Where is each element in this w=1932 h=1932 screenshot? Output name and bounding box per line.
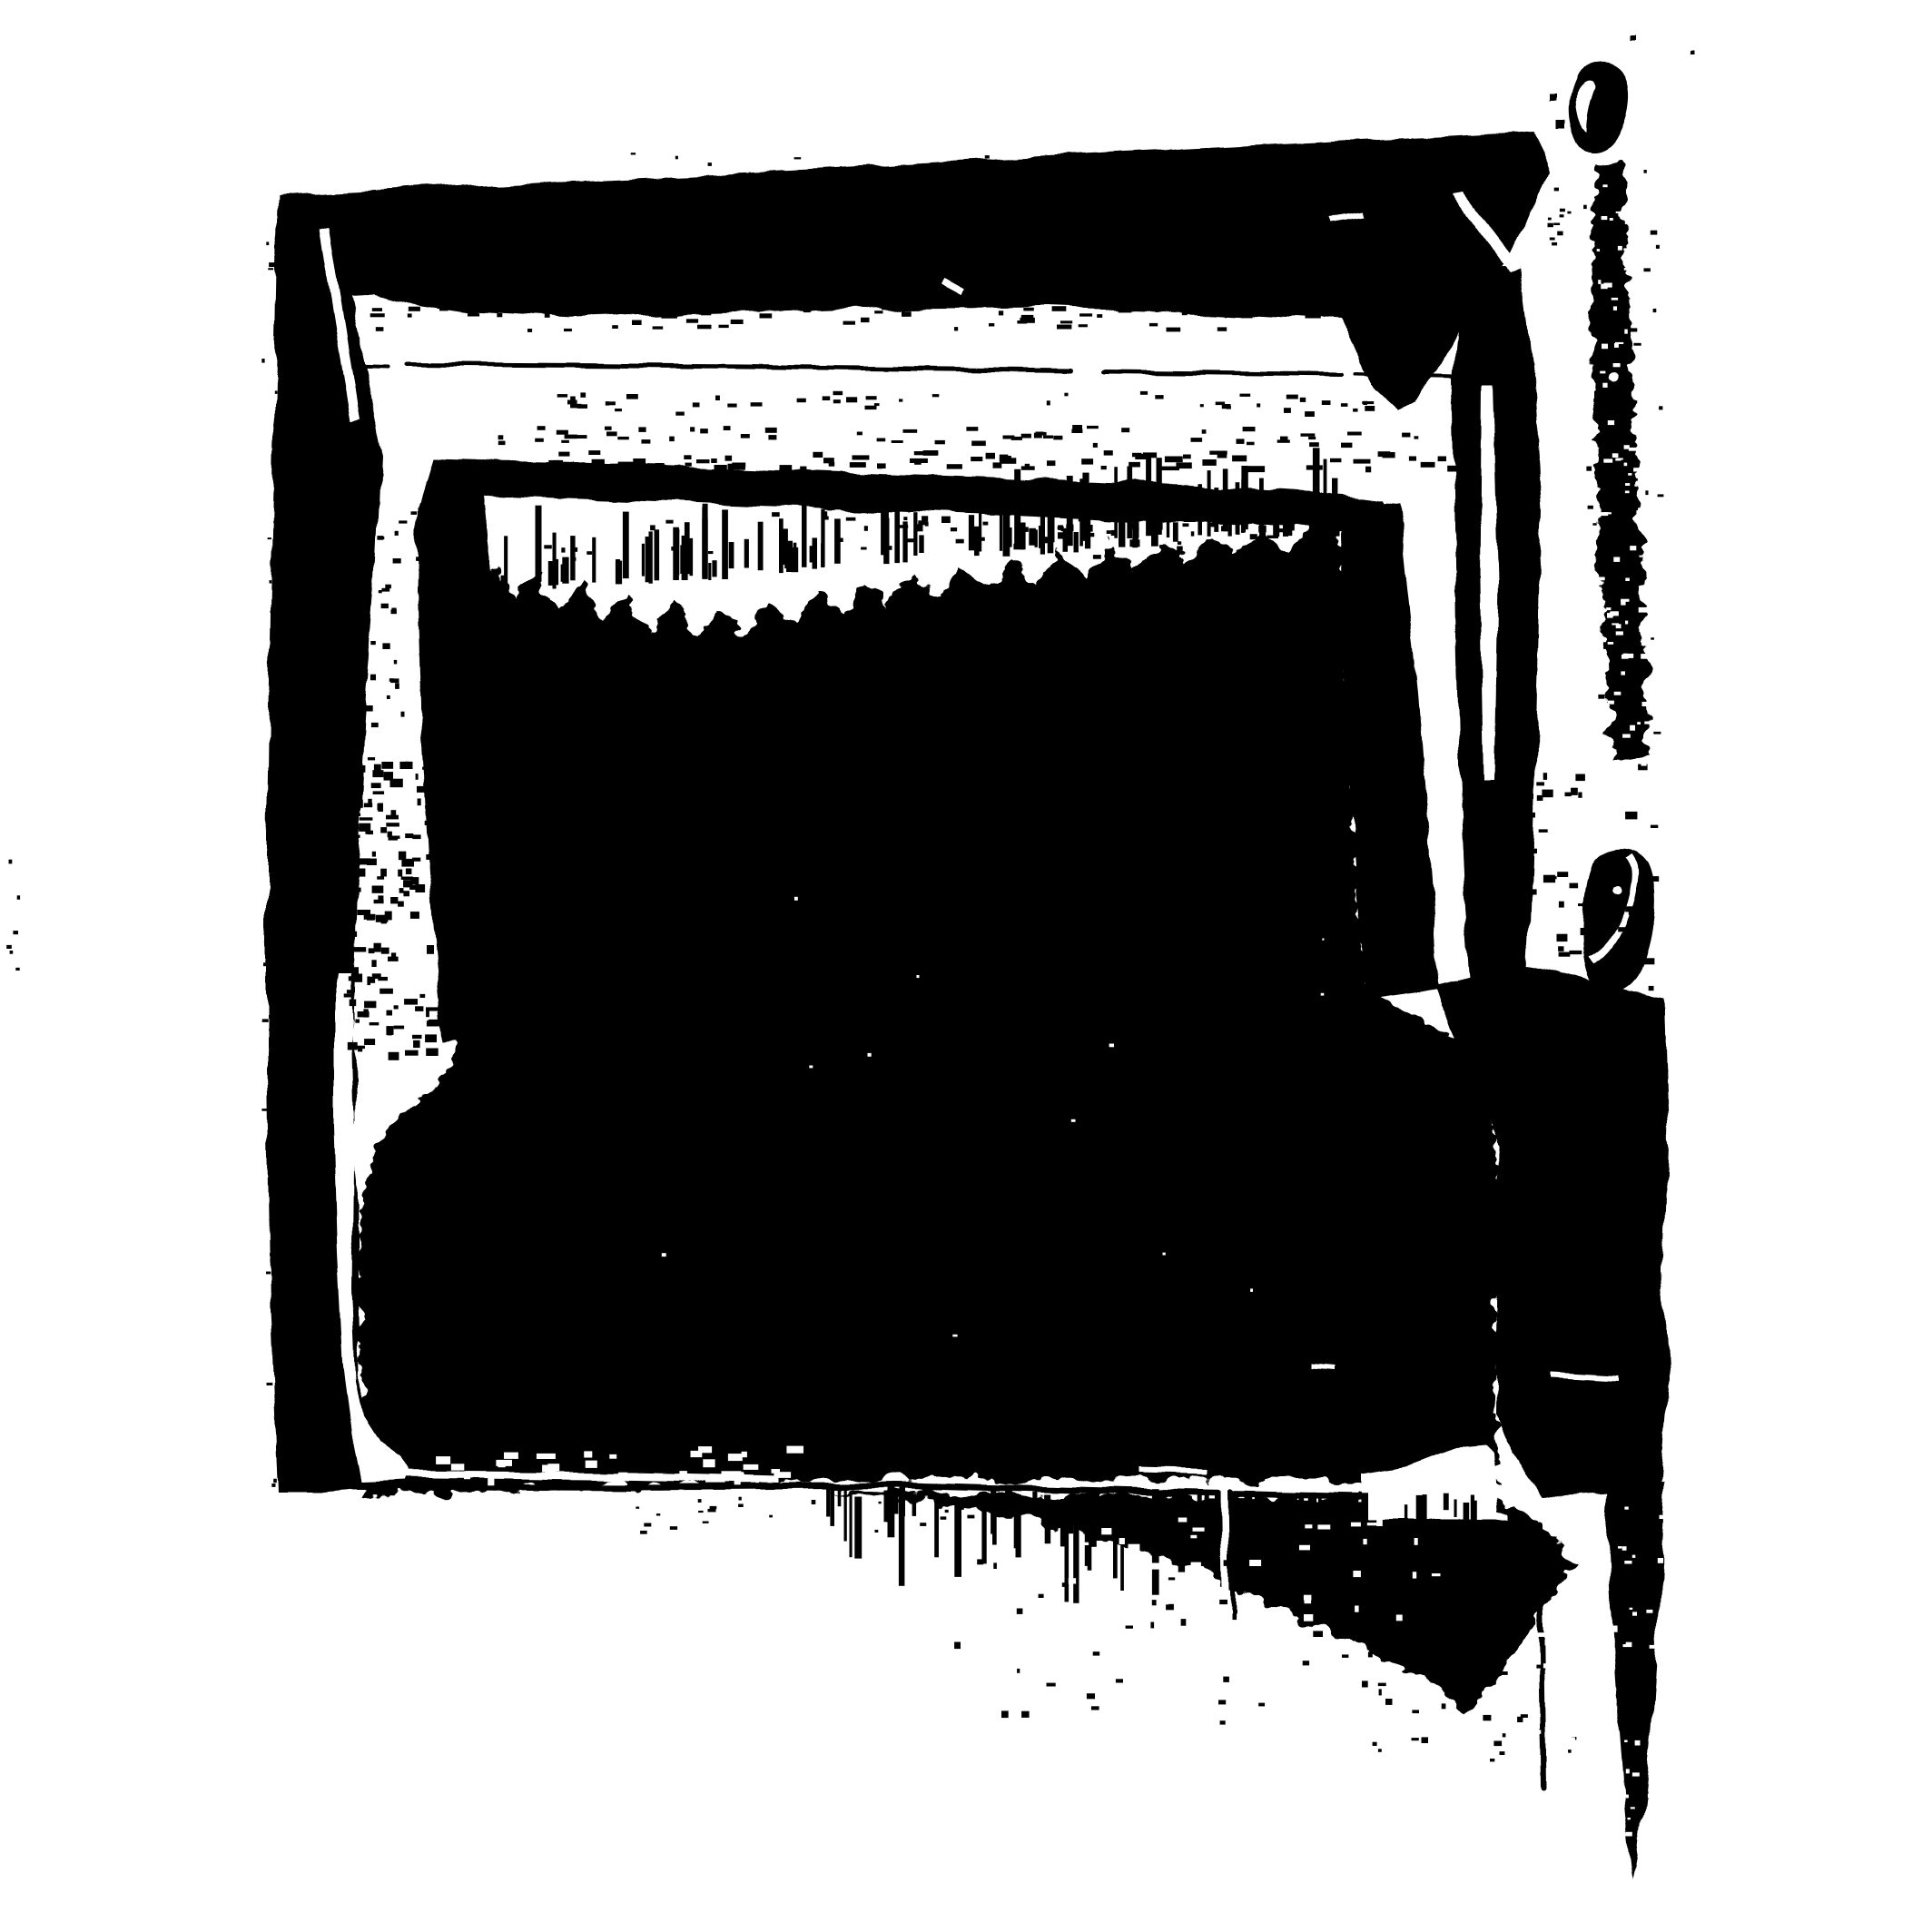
vertical-hairline-b — [1540, 1525, 1543, 1787]
sill-line-mid — [1104, 372, 1342, 375]
curl-satellite-1 — [1549, 94, 1556, 102]
curl-dot-2 — [1690, 51, 1695, 54]
silhouette-mass-shape — [358, 516, 1502, 1494]
binarized-photo-canvas: A pure black-and-white, high-contrast bi… — [0, 0, 1932, 1932]
knot-hole — [1612, 885, 1621, 894]
curl-dot-1 — [1631, 36, 1636, 41]
curl-satellite-2 — [1556, 122, 1565, 130]
sill-line-lead — [320, 366, 389, 368]
hook-hole — [1609, 371, 1618, 380]
vertical-hairline-a — [1230, 1491, 1233, 1612]
photo-svg: Thresholded monochrome photograph of a w… — [0, 0, 1932, 1932]
